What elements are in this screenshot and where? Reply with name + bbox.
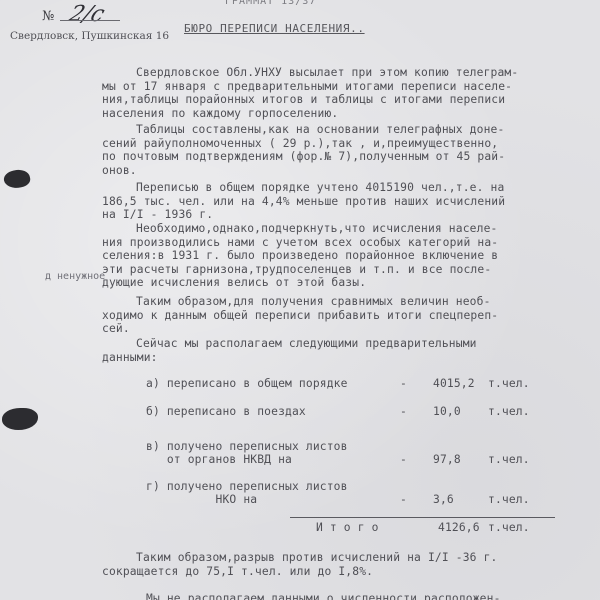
item-label: г) получено переписных листов <box>146 480 348 493</box>
paragraph-line: эти расчеты гарнизона,трудпоселенцев и т… <box>102 263 491 276</box>
item-dash: - <box>400 377 407 390</box>
paragraph-line: Свердловское Обл.УНХУ высылает при этом … <box>136 66 518 79</box>
item-dash: - <box>400 493 407 506</box>
ink-blot <box>2 408 38 430</box>
paragraph-line: Таблицы составлены,как на основании теле… <box>136 123 504 136</box>
paragraph-line: на I/I - 1936 г. <box>102 208 213 221</box>
paragraph-line: мы от 17 января с предварительными итога… <box>102 80 512 93</box>
paragraph-line: Необходимо,однако,подчеркнуть,что исчисл… <box>136 222 497 235</box>
paragraph-line: населения по каждому горпоселению. <box>102 107 338 120</box>
paragraph-line: сений райуполномоченных ( 29 р.),так , и… <box>102 137 498 150</box>
paragraph-line: Сейчас мы располагаем следующими предвар… <box>136 337 477 350</box>
item-label: б) переписано в поездах <box>146 405 306 418</box>
item-unit: т.чел. <box>488 377 530 390</box>
total-unit: т.чел. <box>488 521 530 534</box>
total-label: И т о г о <box>316 521 379 534</box>
paragraph-line: ходимо к данным общей переписи прибавить… <box>102 309 498 322</box>
paragraph-line: Таким образом,для получения сравнимых ве… <box>136 295 491 308</box>
item-unit: т.чел. <box>488 493 530 506</box>
item-label: в) получено переписных листов <box>146 440 348 453</box>
item-value: 3,6 <box>433 493 454 506</box>
total-value: 4126,6 <box>438 521 480 534</box>
paragraph-line: сокращается до 75,I т.чел. или до I,8%. <box>102 565 373 578</box>
paragraph-line: по почтовым подтверждениям (фор.№ 7),пол… <box>102 150 505 163</box>
margin-note: д ненужное <box>45 271 105 282</box>
total-separator-line <box>290 517 555 518</box>
sender-address: Свердловск, Пушкинская 16 <box>10 30 169 42</box>
paragraph-line: Переписью в общем порядке учтено 4015190… <box>136 181 504 194</box>
item-unit: т.чел. <box>488 453 530 466</box>
item-label: НКО на <box>146 493 257 506</box>
paragraph-line-partial: Мы не располагаем данными о численности … <box>146 592 501 600</box>
item-label: от органов НКВД на <box>146 453 292 466</box>
document-number-label: № <box>42 9 54 24</box>
paragraph-line: селения:в 1931 г. было произведено порай… <box>102 249 498 262</box>
paragraph-line: данными: <box>102 351 158 364</box>
paragraph-line: 186,5 тыс. чел. или на 4,4% меньше проти… <box>102 195 505 208</box>
item-unit: т.чел. <box>488 405 530 418</box>
paragraph-line: Таким образом,разрыв против исчислений н… <box>136 551 497 564</box>
scanned-document-page: ГРАММАТ 13/37 № 2/с Свердловск, Пушкинск… <box>0 0 600 600</box>
paragraph-line: онов. <box>102 164 137 177</box>
item-value: 10,0 <box>433 405 461 418</box>
paragraph-line: ния производились нами с учетом всех осо… <box>102 236 498 249</box>
item-value: 97,8 <box>433 453 461 466</box>
item-value: 4015,2 <box>433 377 475 390</box>
item-dash: - <box>400 453 407 466</box>
ink-blot <box>2 167 31 190</box>
paragraph-line: сей. <box>102 322 130 335</box>
item-dash: - <box>400 405 407 418</box>
faint-header-text: ГРАММАТ 13/37 <box>225 0 316 7</box>
item-label: а) переписано в общем порядке <box>146 377 348 390</box>
paragraph-line: дующие исчисления велись от этой базы. <box>102 276 366 289</box>
number-underline <box>60 20 120 21</box>
handwritten-document-number: 2/с <box>66 2 108 27</box>
document-title: БЮРО ПЕРЕПИСИ НАСЕЛЕНИЯ.. <box>184 22 365 35</box>
paragraph-line: ния,таблицы порайонных итогов и таблицы … <box>102 93 505 106</box>
